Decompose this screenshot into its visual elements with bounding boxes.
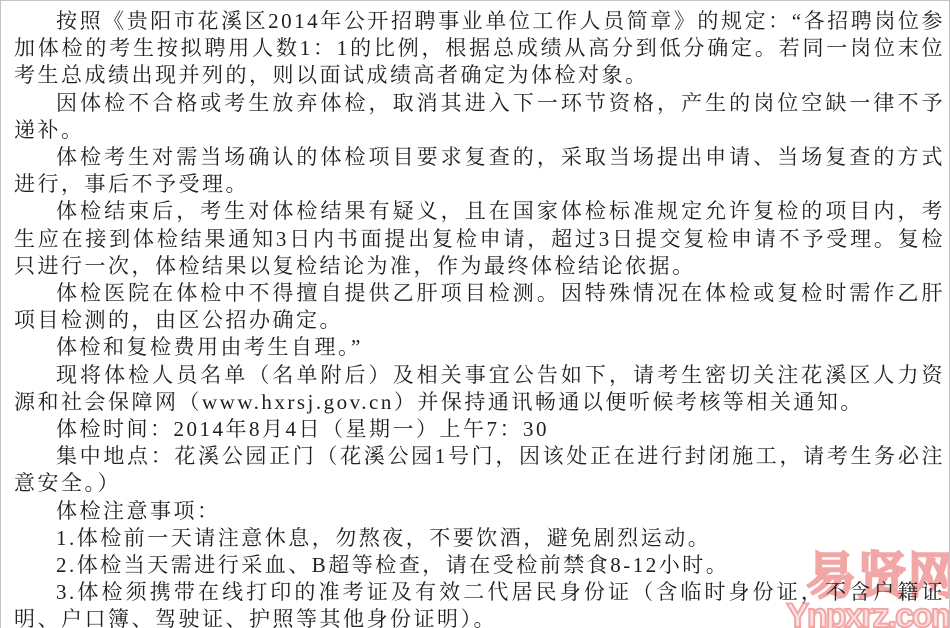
paragraph-assembly-point: 集中地点：花溪公园正门（花溪公园1号门，因该处正在进行封闭施工，请考生务必注意安… <box>14 443 945 497</box>
paragraph-note-3: 3.体检须携带在线打印的准考证及有效二代居民身份证（含临时身份证，不含户籍证明、… <box>14 579 945 628</box>
paragraph-notes-heading: 体检注意事项： <box>14 498 945 525</box>
paragraph-hepatitis-b-policy: 体检医院在体检中不得擅自提供乙肝项目检测。因特殊情况在体检或复检时需作乙肝项目检… <box>14 280 945 334</box>
paragraph-fees: 体检和复检费用由考生自理。” <box>14 334 945 361</box>
paragraph-exam-time: 体检时间：2014年8月4日（星期一）上午7：30 <box>14 416 945 443</box>
paragraph-intro-quote: 按照《贵阳市花溪区2014年公开招聘事业单位工作人员简章》的规定：“各招聘岗位参… <box>14 8 945 90</box>
paragraph-note-1: 1.体检前一天请注意休息，勿熬夜，不要饮酒，避免剧烈运动。 <box>14 525 945 552</box>
paragraph-note-2: 2.体检当天需进行采血、B超等检查，请在受检前禁食8-12小时。 <box>14 552 945 579</box>
paragraph-disqualification: 因体检不合格或考生放弃体检，取消其进入下一环节资格，产生的岗位空缺一律不予递补。 <box>14 90 945 144</box>
paragraph-onsite-recheck: 体检考生对需当场确认的体检项目要求复查的，采取当场提出申请、当场复查的方式进行，… <box>14 144 945 198</box>
announcement-document: 按照《贵阳市花溪区2014年公开招聘事业单位工作人员简章》的规定：“各招聘岗位参… <box>0 0 950 628</box>
announcement-text: 按照《贵阳市花溪区2014年公开招聘事业单位工作人员简章》的规定：“各招聘岗位参… <box>1 1 949 628</box>
paragraph-recheck-policy: 体检结束后，考生对体检结果有疑义，且在国家体检标准规定允许复检的项目内，考生应在… <box>14 198 945 280</box>
paragraph-notice-list: 现将体检人员名单（名单附后）及相关事宜公告如下，请考生密切关注花溪区人力资源和社… <box>14 362 945 416</box>
